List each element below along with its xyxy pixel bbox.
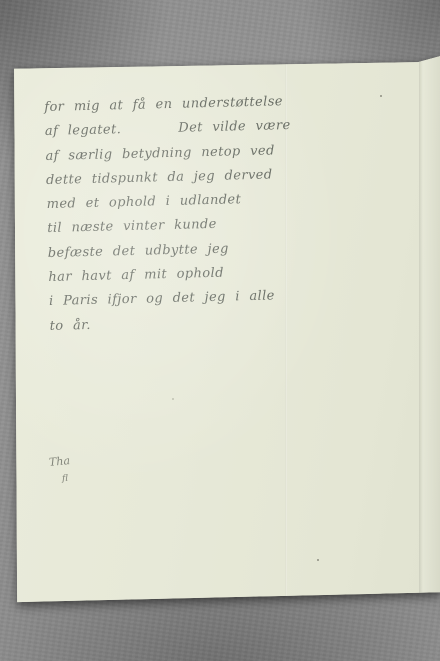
dust-speck <box>380 95 382 97</box>
handwritten-text-block: for mig at få en understøttelse af legat… <box>44 89 320 338</box>
pencil-annotation-top: Tha <box>48 454 70 469</box>
dust-speck <box>317 559 319 561</box>
paper-shadow: for mig at få en understøttelse af legat… <box>0 0 440 661</box>
letter-sheet: for mig at få en understøttelse af legat… <box>0 0 440 661</box>
pencil-annotation-bottom: fl <box>62 474 69 484</box>
dust-speck <box>172 398 174 400</box>
photograph-of-letter: for mig at få en understøttelse af legat… <box>0 0 440 661</box>
right-fold-crease <box>419 56 440 597</box>
